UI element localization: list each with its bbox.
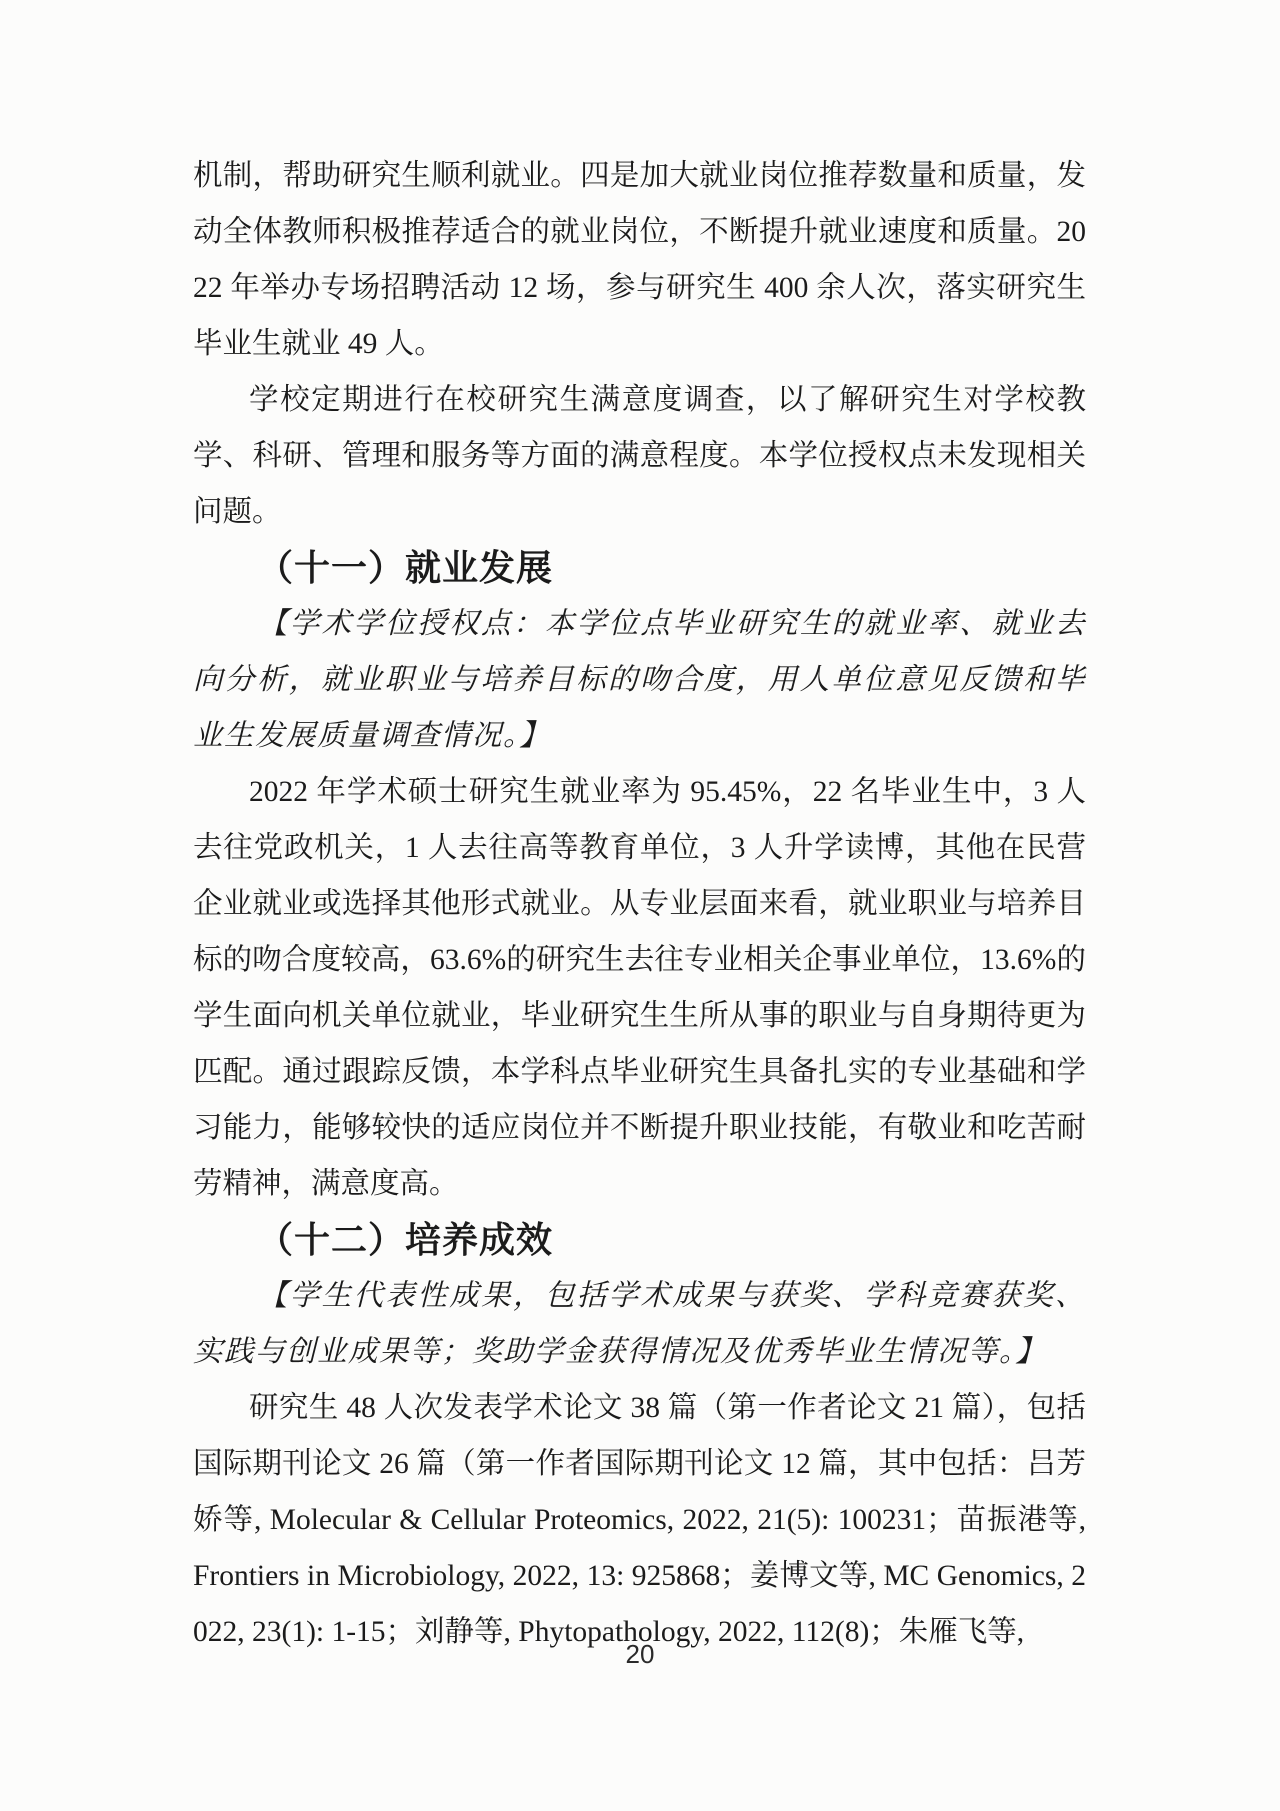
note-student-achievements-scope: 【学生代表性成果，包括学术成果与获奖、学科竞赛获奖、实践与创业成果等；奖助学金获… bbox=[193, 1268, 1086, 1380]
document-page: 机制，帮助研究生顺利就业。四是加大就业岗位推荐数量和质量，发动全体教师积极推荐适… bbox=[0, 0, 1280, 1811]
page-content: 机制，帮助研究生顺利就业。四是加大就业岗位推荐数量和质量，发动全体教师积极推荐适… bbox=[193, 148, 1086, 1660]
paragraph-satisfaction-survey: 学校定期进行在校研究生满意度调查，以了解研究生对学校教学、科研、管理和服务等方面… bbox=[193, 372, 1086, 540]
page-footer: 20 bbox=[0, 1638, 1280, 1670]
section-heading-employment-development: （十一）就业发展 bbox=[193, 540, 1086, 596]
paragraph-employment-rate: 2022 年学术硕士研究生就业率为 95.45%，22 名毕业生中，3 人去往党… bbox=[193, 764, 1086, 1212]
note-employment-scope: 【学术学位授权点：本学位点毕业研究生的就业率、就业去向分析，就业职业与培养目标的… bbox=[193, 596, 1086, 764]
paragraph-employment-mechanism: 机制，帮助研究生顺利就业。四是加大就业岗位推荐数量和质量，发动全体教师积极推荐适… bbox=[193, 148, 1086, 372]
section-heading-training-results: （十二）培养成效 bbox=[193, 1212, 1086, 1268]
paragraph-publications: 研究生 48 人次发表学术论文 38 篇（第一作者论文 21 篇），包括国际期刊… bbox=[193, 1380, 1086, 1660]
page-number: 20 bbox=[626, 1639, 655, 1669]
